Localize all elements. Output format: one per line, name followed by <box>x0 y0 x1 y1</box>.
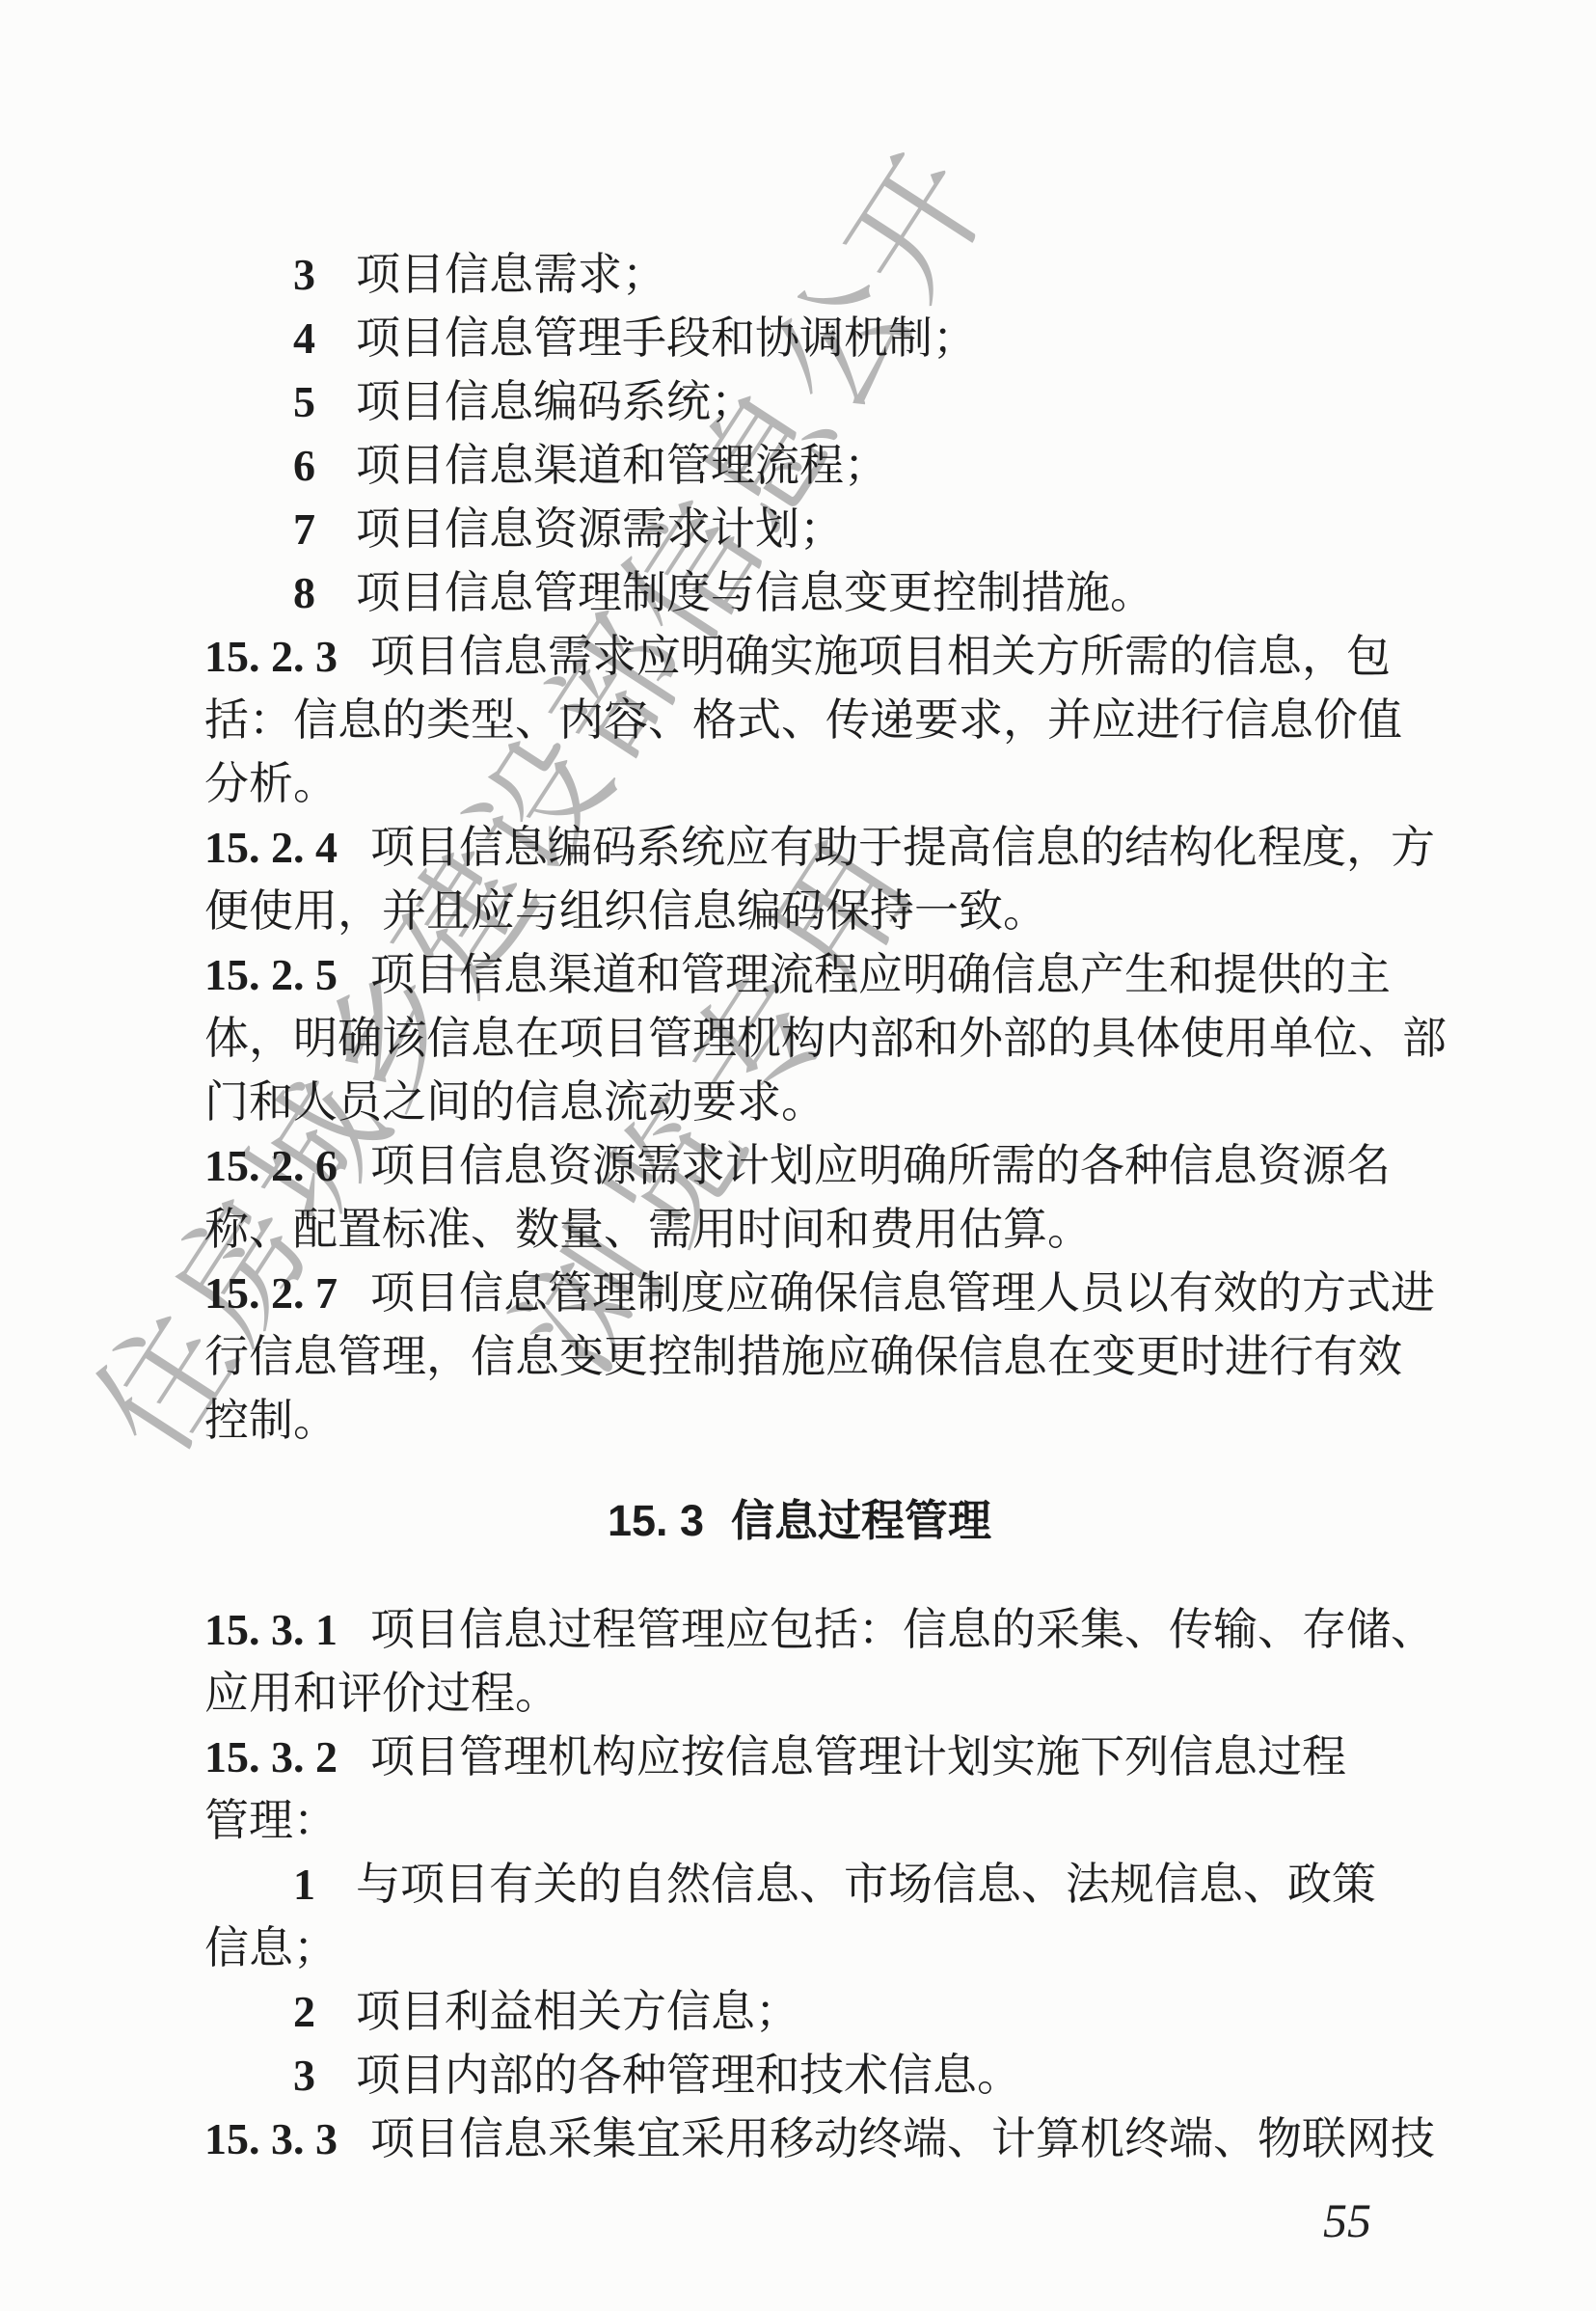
clause-number: 15. 3. 1 <box>204 1605 338 1654</box>
text-line: 分析。 <box>204 752 1394 816</box>
heading-number: 15. 3 <box>608 1496 704 1545</box>
text-line: 15. 2. 3项目信息需求应明确实施项目相关方所需的信息，包 <box>204 625 1394 689</box>
line-text: 项目利益相关方信息； <box>356 1987 799 2036</box>
text-line: 1与项目有关的自然信息、市场信息、法规信息、政策 <box>204 1853 1394 1917</box>
item-number: 7 <box>293 504 315 554</box>
text-line: 15. 3. 1项目信息过程管理应包括：信息的采集、传输、存储、 <box>204 1598 1394 1662</box>
item-number: 3 <box>293 2051 315 2100</box>
text-line: 括：信息的类型、内容、格式、传递要求，并应进行信息价值 <box>204 689 1394 752</box>
text-line: 15. 2. 4项目信息编码系统应有助于提高信息的结构化程度，方 <box>204 816 1394 880</box>
item-number: 2 <box>293 1987 315 2036</box>
line-text: 项目信息管理制度应确保信息管理人员以有效的方式进 <box>370 1268 1435 1318</box>
line-text: 项目信息需求； <box>356 250 666 299</box>
clause-number: 15. 2. 6 <box>204 1141 338 1190</box>
line-text: 项目信息编码系统应有助于提高信息的结构化程度，方 <box>370 823 1435 872</box>
text-line: 2项目利益相关方信息； <box>204 1980 1394 2044</box>
line-text: 项目信息渠道和管理流程； <box>356 441 888 490</box>
text-line: 控制。 <box>204 1389 1394 1453</box>
text-line: 15. 3. 3项目信息采集宜采用移动终端、计算机终端、物联网技 <box>204 2107 1394 2171</box>
text-line: 4项目信息管理手段和协调机制； <box>204 307 1394 370</box>
text-line: 3项目信息需求； <box>204 243 1394 307</box>
line-text: 项目信息资源需求计划应明确所需的各种信息资源名 <box>370 1141 1391 1190</box>
text-line: 应用和评价过程。 <box>204 1662 1394 1726</box>
clause-number: 15. 2. 7 <box>204 1268 338 1318</box>
text-line: 体，明确该信息在项目管理机构内部和外部的具体使用单位、部 <box>204 1007 1394 1071</box>
line-text: 项目信息编码系统； <box>356 377 755 426</box>
line-text: 项目管理机构应按信息管理计划实施下列信息过程 <box>370 1732 1346 1781</box>
text-line: 15. 2. 6项目信息资源需求计划应明确所需的各种信息资源名 <box>204 1134 1394 1198</box>
text-line: 6项目信息渠道和管理流程； <box>204 434 1394 498</box>
line-text: 分析。 <box>204 759 338 808</box>
line-text: 管理： <box>204 1796 338 1845</box>
text-line: 门和人员之间的信息流动要求。 <box>204 1071 1394 1134</box>
item-number: 3 <box>293 250 315 299</box>
line-text: 项目信息管理制度与信息变更控制措施。 <box>356 568 1154 617</box>
text-line: 8项目信息管理制度与信息变更控制措施。 <box>204 561 1394 625</box>
line-text: 项目信息需求应明确实施项目相关方所需的信息，包 <box>370 632 1391 681</box>
line-text: 称、配置标准、数量、需用时间和费用估算。 <box>204 1205 1092 1254</box>
text-line: 15. 2. 7项目信息管理制度应确保信息管理人员以有效的方式进 <box>204 1262 1394 1325</box>
item-number: 8 <box>293 568 315 617</box>
text-line: 行信息管理，信息变更控制措施应确保信息在变更时进行有效 <box>204 1325 1394 1389</box>
line-text: 控制。 <box>204 1396 338 1445</box>
page-number: 55 <box>1323 2191 1371 2249</box>
clause-number: 15. 2. 4 <box>204 823 338 872</box>
line-text: 项目信息渠道和管理流程应明确信息产生和提供的主 <box>370 950 1391 999</box>
clause-number: 15. 2. 3 <box>204 632 338 681</box>
heading-text: 信息过程管理 <box>731 1496 991 1545</box>
text-line: 3项目内部的各种管理和技术信息。 <box>204 2044 1394 2107</box>
text-line: 5项目信息编码系统； <box>204 370 1394 434</box>
document-page: 住房城乡建设部信息公开 浏览专用 3项目信息需求；4项目信息管理手段和协调机制；… <box>0 0 1596 2311</box>
item-number: 1 <box>293 1860 315 1909</box>
item-number: 6 <box>293 441 315 490</box>
text-line: 称、配置标准、数量、需用时间和费用估算。 <box>204 1198 1394 1262</box>
line-text: 行信息管理，信息变更控制措施应确保信息在变更时进行有效 <box>204 1332 1402 1381</box>
line-text: 体，明确该信息在项目管理机构内部和外部的具体使用单位、部 <box>204 1014 1447 1063</box>
line-text: 与项目有关的自然信息、市场信息、法规信息、政策 <box>356 1860 1376 1909</box>
document-lines: 3项目信息需求；4项目信息管理手段和协调机制；5项目信息编码系统；6项目信息渠道… <box>204 243 1394 2171</box>
text-line: 7项目信息资源需求计划； <box>204 498 1394 561</box>
text-line: 信息； <box>204 1917 1394 1980</box>
item-number: 4 <box>293 313 315 363</box>
text-line: 15. 2. 5项目信息渠道和管理流程应明确信息产生和提供的主 <box>204 943 1394 1007</box>
line-text: 项目信息采集宜采用移动终端、计算机终端、物联网技 <box>370 2114 1435 2163</box>
section-heading: 15. 3信息过程管理 <box>204 1489 1394 1553</box>
line-text: 应用和评价过程。 <box>204 1669 559 1718</box>
item-number: 5 <box>293 377 315 426</box>
line-text: 项目内部的各种管理和技术信息。 <box>356 2051 1021 2100</box>
text-line: 管理： <box>204 1789 1394 1853</box>
line-text: 项目信息过程管理应包括：信息的采集、传输、存储、 <box>370 1605 1435 1654</box>
clause-number: 15. 2. 5 <box>204 950 338 999</box>
clause-number: 15. 3. 2 <box>204 1732 338 1781</box>
line-text: 项目信息资源需求计划； <box>356 504 844 554</box>
text-line: 便使用，并且应与组织信息编码保持一致。 <box>204 880 1394 943</box>
clause-number: 15. 3. 3 <box>204 2114 338 2163</box>
line-text: 便使用，并且应与组织信息编码保持一致。 <box>204 886 1047 936</box>
line-text: 门和人员之间的信息流动要求。 <box>204 1077 825 1127</box>
text-line: 15. 3. 2项目管理机构应按信息管理计划实施下列信息过程 <box>204 1726 1394 1789</box>
line-text: 括：信息的类型、内容、格式、传递要求，并应进行信息价值 <box>204 695 1402 745</box>
line-text: 信息； <box>204 1923 338 1972</box>
line-text: 项目信息管理手段和协调机制； <box>356 313 977 363</box>
